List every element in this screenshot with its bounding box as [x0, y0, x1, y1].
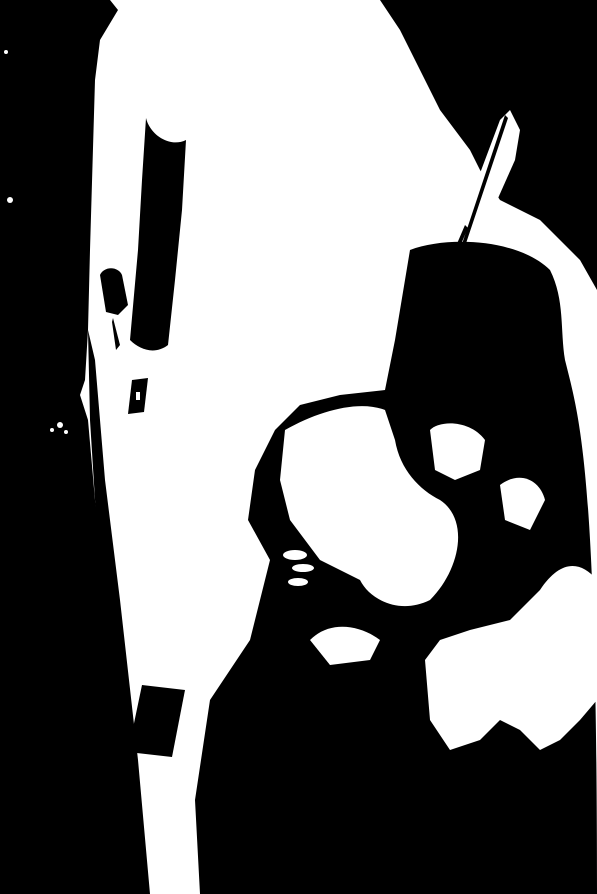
photo-scene [0, 0, 597, 894]
